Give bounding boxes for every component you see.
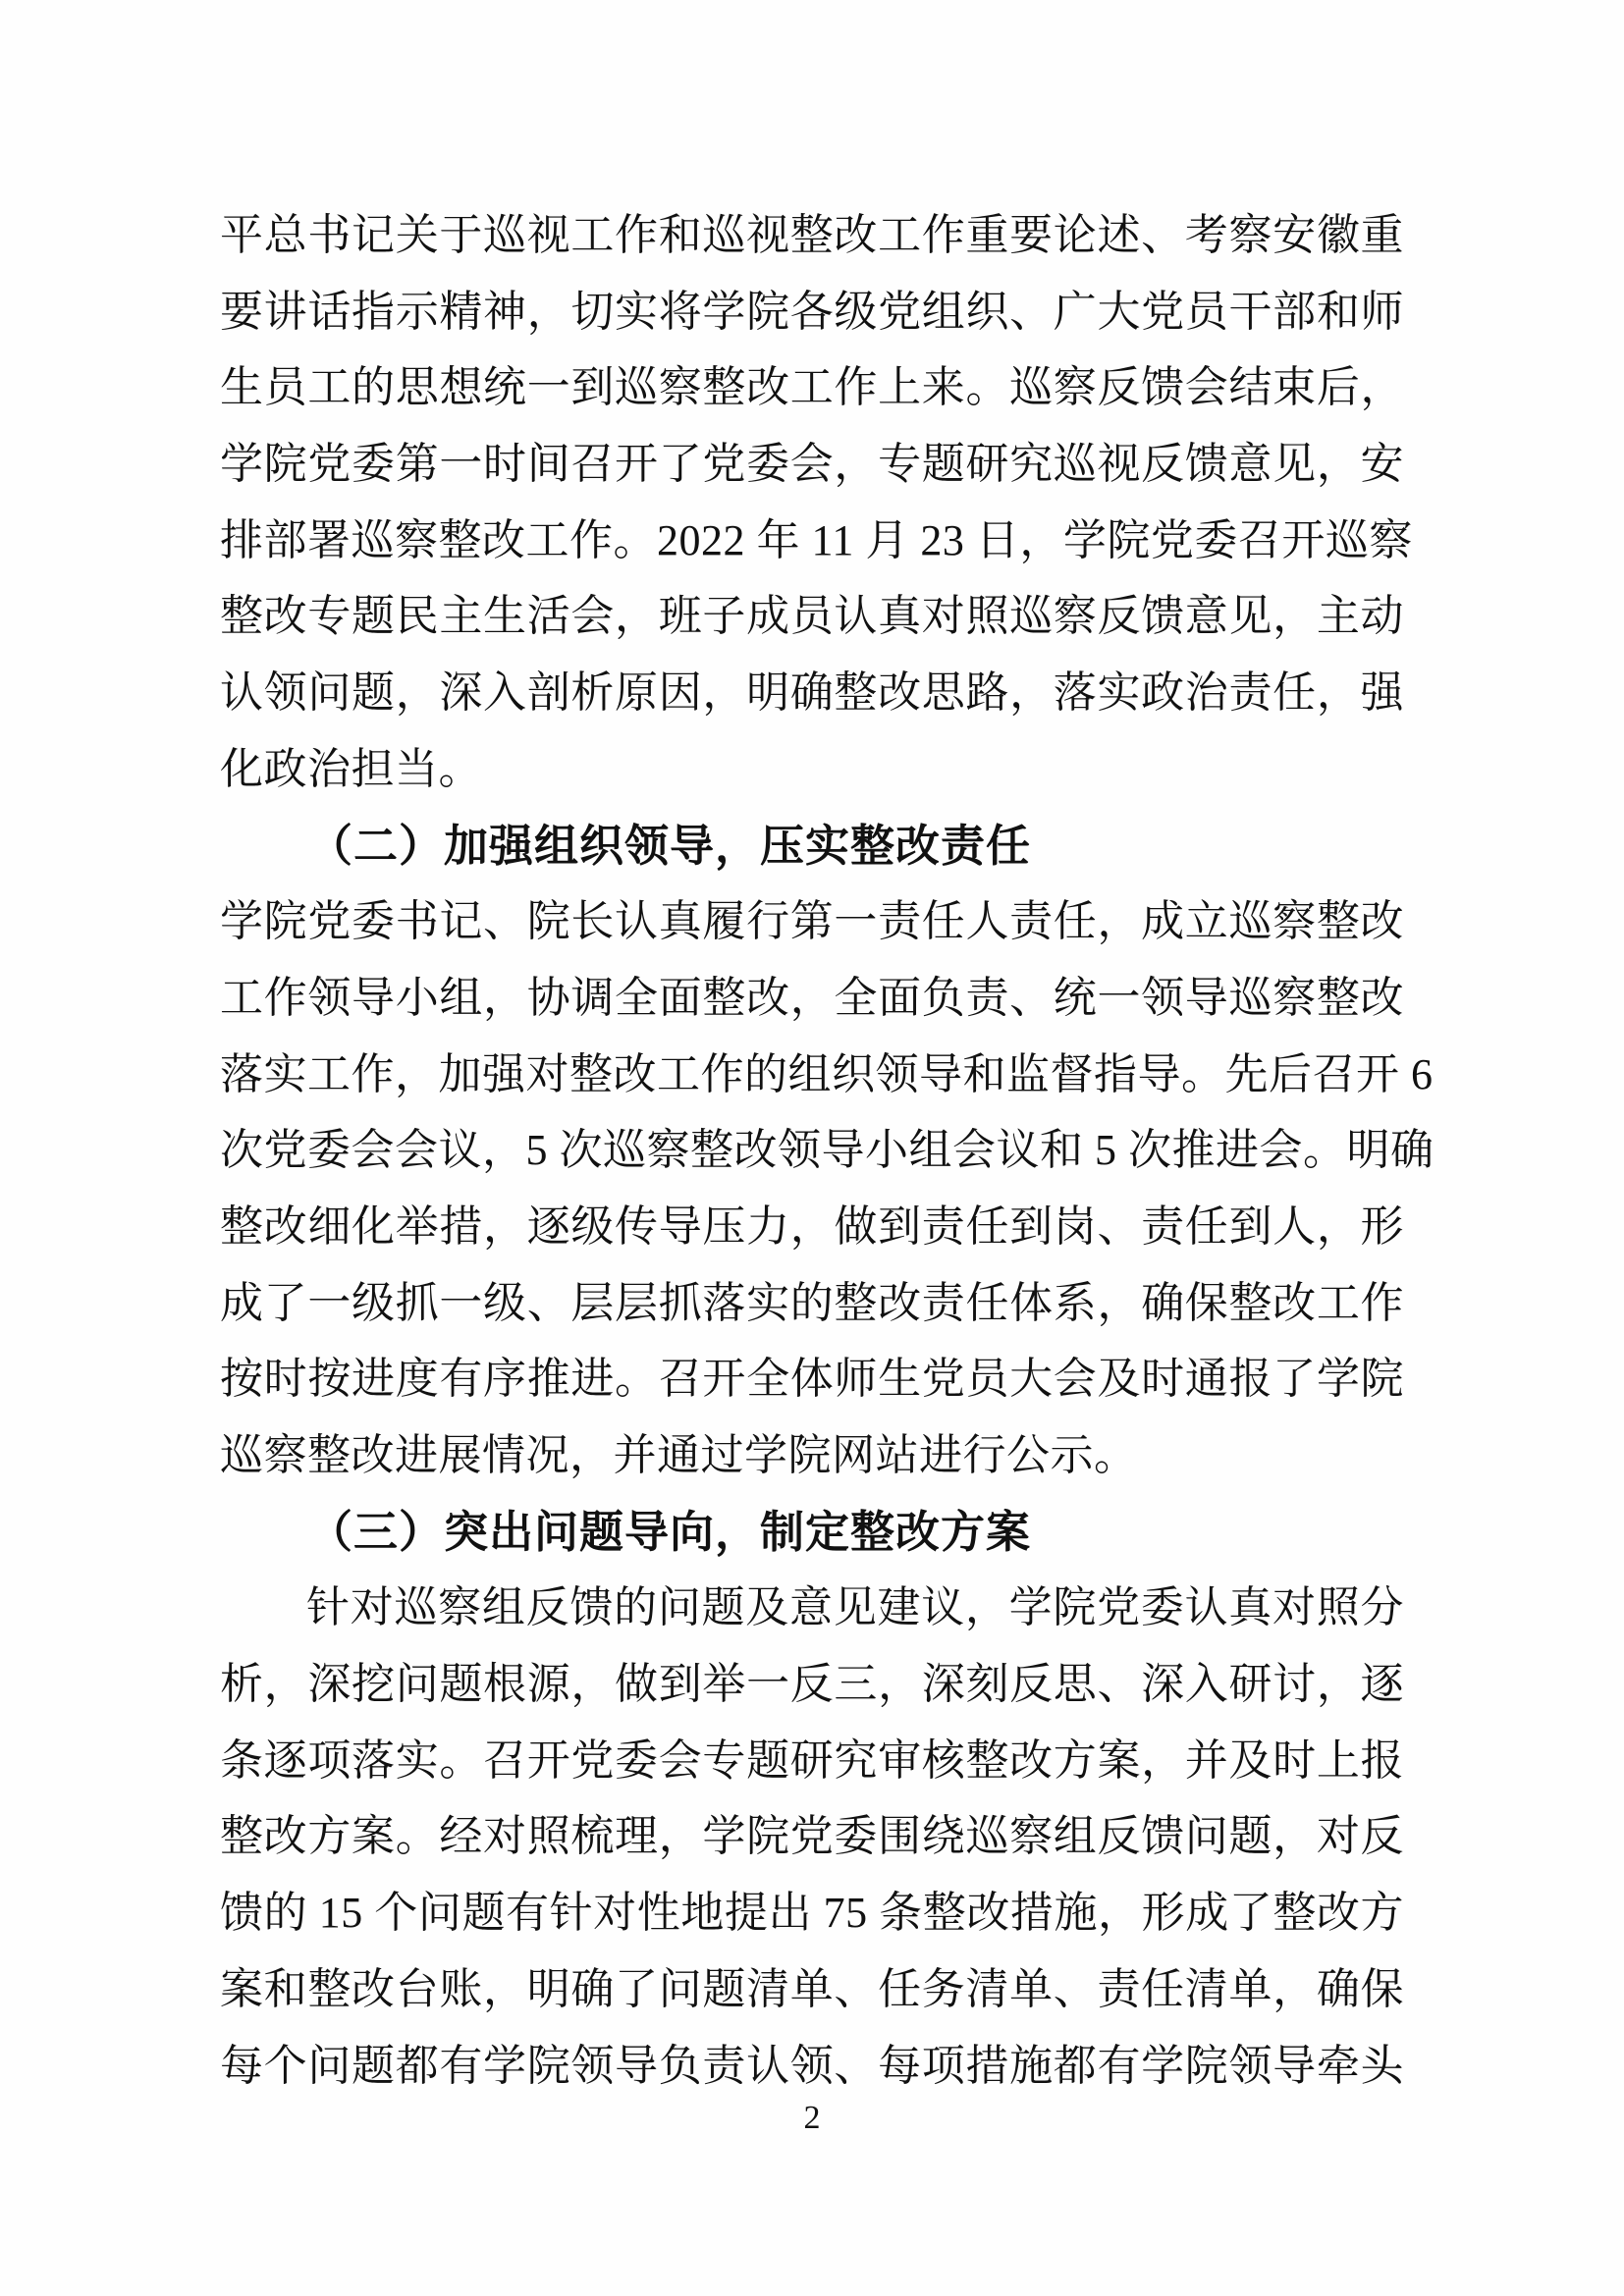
text-line: 针对巡察组反馈的问题及意见建议，学院党委认真对照分 (220, 1570, 1404, 1646)
document-page: 平总书记关于巡视工作和巡视整改工作重要论述、考察安徽重要讲话指示精神，切实将学院… (0, 0, 1624, 2296)
text-line: 生员工的思想统一到巡察整改工作上来。巡察反馈会结束后， (220, 349, 1404, 426)
page-number: 2 (0, 2097, 1624, 2140)
text-line: 排部署巡察整改工作。2022 年 11 月 23 日，学院党委召开巡察 (220, 503, 1404, 579)
text-line: 整改细化举措，逐级传导压力，做到责任到岗、责任到人，形 (220, 1189, 1404, 1265)
text-line: 落实工作，加强对整改工作的组织领导和监督指导。先后召开 6 (220, 1037, 1404, 1113)
text-line: 按时按进度有序推进。召开全体师生党员大会及时通报了学院 (220, 1341, 1404, 1417)
text-line: 整改方案。经对照梳理，学院党委围绕巡察组反馈问题，对反 (220, 1798, 1404, 1875)
text-line: 条逐项落实。召开党委会专题研究审核整改方案，并及时上报 (220, 1723, 1404, 1799)
text-line: 每个问题都有学院领导负责认领、每项措施都有学院领导牵头 (220, 2028, 1404, 2105)
text-line: 整改专题民主生活会，班子成员认真对照巡察反馈意见，主动 (220, 578, 1404, 655)
text-line: 学院党委第一时间召开了党委会，专题研究巡视反馈意见，安 (220, 426, 1404, 503)
section-heading: （三）突出问题导向，制定整改方案 (220, 1494, 1404, 1571)
section-heading: （二）加强组织领导，压实整改责任 (220, 808, 1404, 884)
text-line: 化政治担当。 (220, 731, 1404, 808)
text-line: 学院党委书记、院长认真履行第一责任人责任，成立巡察整改 (220, 883, 1404, 960)
text-line: 次党委会会议，5 次巡察整改领导小组会议和 5 次推进会。明确 (220, 1112, 1404, 1189)
text-line: 要讲话指示精神，切实将学院各级党组织、广大党员干部和师 (220, 274, 1404, 350)
text-line: 认领问题，深入剖析原因，明确整改思路，落实政治责任，强 (220, 655, 1404, 731)
text-line: 案和整改台账，明确了问题清单、任务清单、责任清单，确保 (220, 1951, 1404, 2028)
text-line: 平总书记关于巡视工作和巡视整改工作重要论述、考察安徽重 (220, 197, 1404, 274)
text-line: 析，深挖问题根源，做到举一反三，深刻反思、深入研讨，逐 (220, 1646, 1404, 1723)
text-line: 馈的 15 个问题有针对性地提出 75 条整改措施，形成了整改方 (220, 1875, 1404, 1951)
text-line: 巡察整改进展情况，并通过学院网站进行公示。 (220, 1417, 1404, 1494)
text-block: 平总书记关于巡视工作和巡视整改工作重要论述、考察安徽重要讲话指示精神，切实将学院… (220, 197, 1404, 2104)
text-line: 工作领导小组，协调全面整改，全面负责、统一领导巡察整改 (220, 960, 1404, 1037)
text-line: 成了一级抓一级、层层抓落实的整改责任体系，确保整改工作 (220, 1265, 1404, 1342)
